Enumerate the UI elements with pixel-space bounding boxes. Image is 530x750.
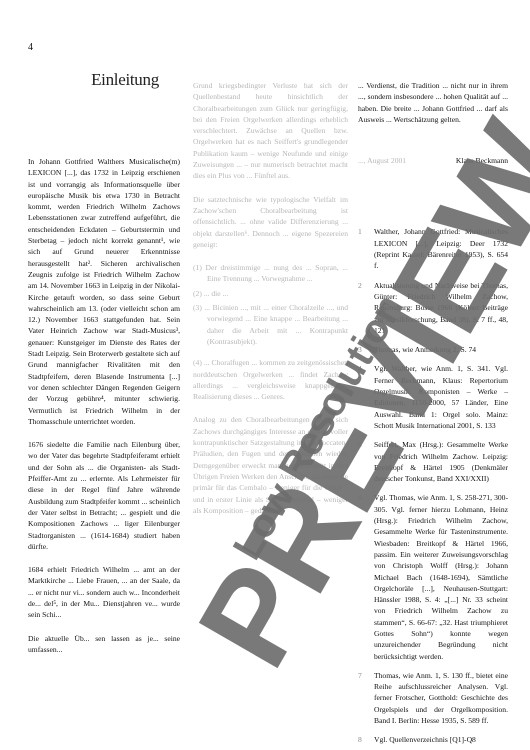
footnote: 7Thomas, wie Anm. 1, S. 130 ff., bietet … xyxy=(358,670,508,726)
page-number: 4 xyxy=(28,42,33,53)
list-item: (1) Der dreistimmige ... nung des ... So… xyxy=(193,262,348,285)
typology-list: (1) Der dreistimmige ... nung des ... So… xyxy=(193,262,348,347)
footnote: 8Vgl. Quellenverzeichnis [Q1]-Q8 xyxy=(358,734,508,745)
paragraph-sources: Grund kriegsbedingter Verluste hat sich … xyxy=(193,80,348,182)
footnote: 5Seiffert, Max (Hrsg.): Gesammelte Werke… xyxy=(358,439,508,484)
paragraph-halle: 1684 erhielt Friedrich Wilhelm ... amt a… xyxy=(28,564,180,620)
chapter-title: Einleitung xyxy=(80,70,170,90)
paragraph-current: Die aktuelle Üb... sen lassen as je... s… xyxy=(28,633,180,656)
paragraph-intro: In Johann Gottfried Walthers Musicalisch… xyxy=(28,156,180,427)
list-item: (3) ... Bicinien ..., mit ... einer Chor… xyxy=(193,302,348,347)
paragraph-eilenburg: 1676 siedelte die Familie nach Eilenburg… xyxy=(28,439,180,552)
paragraph-choralfugen: (4) ... Choralfugen ... kommen zu zeitge… xyxy=(193,357,348,402)
paragraph-merit: ... Verdienst, die Tradition ... nicht n… xyxy=(358,80,508,125)
middle-column: Grund kriegsbedingter Verluste hat sich … xyxy=(193,80,348,528)
signature: ..., August 2001 Klaus Beckmann xyxy=(358,155,508,166)
right-column: ... Verdienst, die Tradition ... nicht n… xyxy=(358,80,508,750)
left-column: In Johann Gottfried Walthers Musicalisch… xyxy=(28,156,180,667)
paragraph-free-works: Analog zu den Choralbearbeitungen findet… xyxy=(193,414,348,516)
footnote: 6Vgl. Thomas, wie Anm. 1, S. 258-271, 30… xyxy=(358,492,508,661)
list-item: (2) ... die ... xyxy=(193,288,348,299)
footnote: 2Aktualisierung und Nachweise bei Thomas… xyxy=(358,280,508,336)
footnotes: 1Walther, Johann Gottfried: Musicalische… xyxy=(358,226,508,745)
signature-date: ..., August 2001 xyxy=(358,155,406,166)
footnote: 4Vgl. Walther, wie Anm. 1, S. 341. Vgl. … xyxy=(358,363,508,431)
signature-author: Klaus Beckmann xyxy=(456,155,508,166)
footnote: 1Walther, Johann Gottfried: Musicalische… xyxy=(358,226,508,271)
paragraph-typology: Die satztechnische wie typologische Viel… xyxy=(193,194,348,250)
footnote: 3Thomas, wie Anmerkung 2, S. 74 xyxy=(358,344,508,355)
